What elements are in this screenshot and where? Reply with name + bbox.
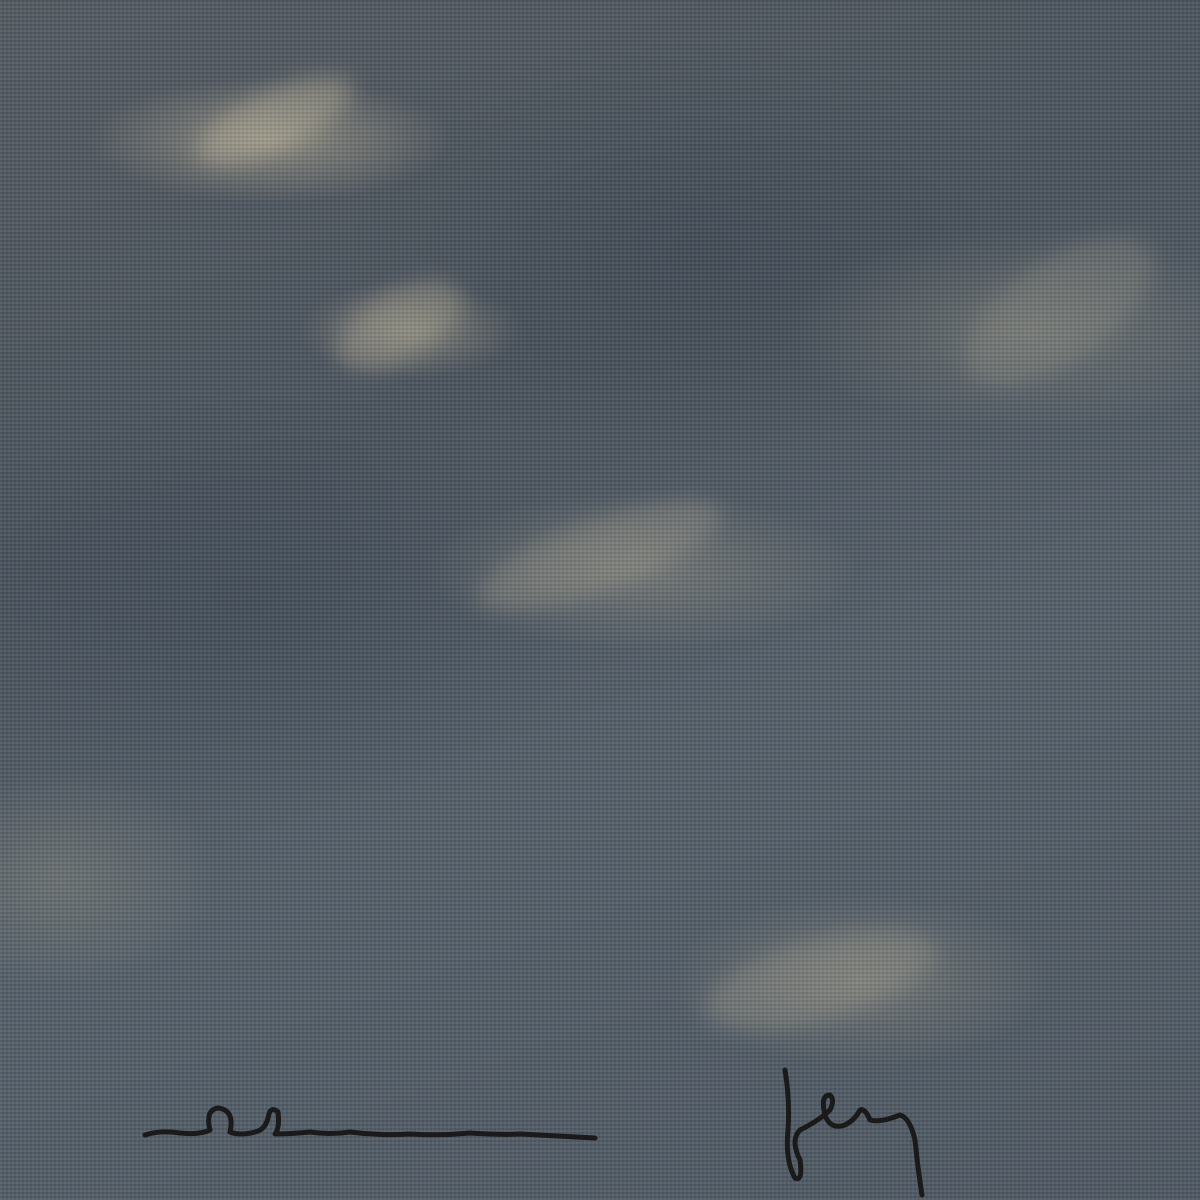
signature (140, 1060, 990, 1200)
painted-canvas (0, 0, 1200, 1200)
canvas-texture (0, 0, 1200, 1200)
